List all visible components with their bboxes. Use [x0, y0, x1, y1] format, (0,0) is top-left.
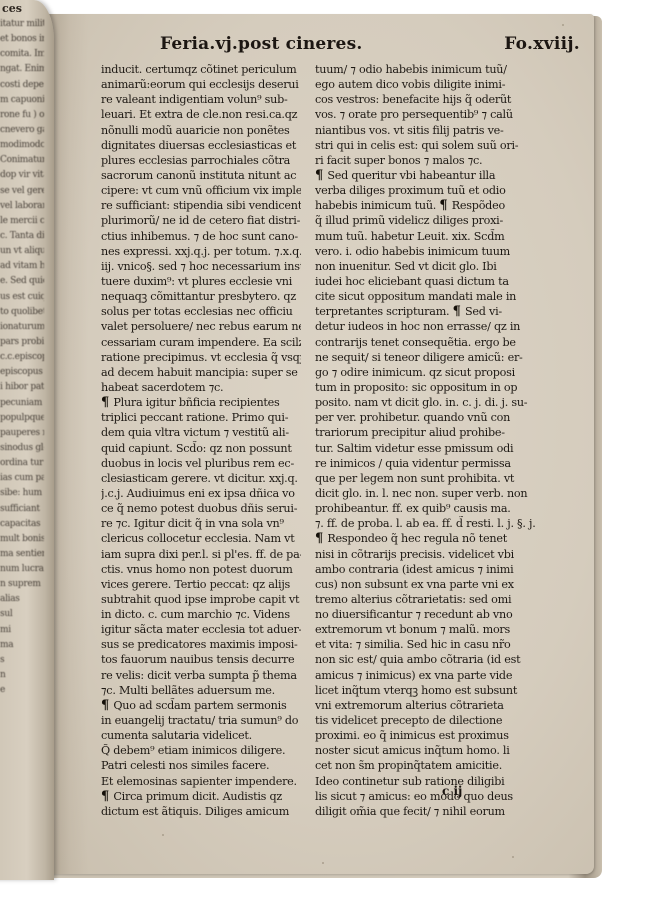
text-line: tuere duxim⁹: vt plures ecclesie vni	[101, 274, 301, 289]
text-line: vel laborando	[0, 200, 44, 215]
text-line: que per legem non sunt prohibita. vt	[315, 471, 555, 486]
folio-number: Fo.xviij.	[504, 34, 580, 54]
text-line: sus se predicatores maximis imposi-	[101, 637, 301, 652]
text-line: n	[0, 669, 44, 684]
text-line: ¶ Plura igitur bñficia recipientes	[101, 395, 301, 410]
text-line: cnevero gasseram	[0, 124, 44, 139]
paper-speck	[512, 856, 514, 858]
text-line: modimodo facere	[0, 139, 44, 154]
book-photograph: Feria.vj.post cineres. Fo.xviij. inducit…	[0, 0, 648, 900]
text-line: s	[0, 654, 44, 669]
text-line: tis videlicet precepto de dilectione	[315, 713, 555, 728]
text-line: et bonos in alienos	[0, 33, 44, 48]
text-line: ma	[0, 639, 44, 654]
text-line: ¶ Respondeo q̃ hec regula nõ tenet	[315, 531, 555, 546]
text-line: cos vestros: benefacite hijs q̃ oderũt	[315, 92, 555, 107]
text-line: plurimorũ/ ne id de cetero fiat distri-	[101, 213, 301, 228]
text-line: quid capiunt. Scd̃o: qz non possunt	[101, 441, 301, 456]
text-line: in euangelij tractatu/ tria sumun⁹ do	[101, 713, 301, 728]
text-line: vices gerere. Tertio peccat: qz alijs	[101, 577, 301, 592]
text-line: dop vir vitas liberi	[0, 169, 44, 184]
paper-speck	[162, 834, 164, 836]
text-line: nes expressi. xxj.q.j. per totum. ⁊.x.q.	[101, 244, 301, 259]
text-line: tuum/ ⁊ odio habebis inimicum tuũ/	[315, 62, 555, 77]
facing-page-text: itatur milite sibi met bonos in alienosc…	[0, 18, 44, 699]
text-line: cumenta salutaria videlicet.	[101, 728, 301, 743]
text-line: re valeant indigentiam volun⁹ sub-	[101, 92, 301, 107]
paragraph-mark-icon: ¶	[315, 168, 323, 183]
text-line: mi	[0, 624, 44, 639]
text-line: cet non s̃m propinq̃tatem amicitie.	[315, 758, 555, 773]
text-line: re velis: dicit verba sumpta p̃ thema	[101, 668, 301, 683]
text-line: pars probi	[0, 336, 44, 351]
text-line: re inimicos / quia videntur permissa	[315, 456, 555, 471]
text-line: c. Tanta di pro	[0, 230, 44, 245]
text-line: to quolibet nec	[0, 306, 44, 321]
text-line: posito. nam vt dicit glo. in. c. j. di. …	[315, 395, 555, 410]
text-line: ¶ Sed queritur vbi habeantur illa	[315, 168, 555, 183]
text-line: Ideo continetur sub ratione diligibi	[315, 774, 555, 789]
text-line: animarũ:eorum qui ecclesijs deserui	[101, 77, 301, 92]
text-line: diligit om̃ia que fecit/ ⁊ nihil eorum	[315, 804, 555, 819]
text-column-left: inducit. certumqz cõtinet periculumanima…	[101, 62, 301, 819]
text-line: et vita: ⁊ similia. Sed hic in casu nr̃o	[315, 637, 555, 652]
text-line: non sic est/ quia ambo cõtraria (id est	[315, 652, 555, 667]
text-line: sinodus glo	[0, 442, 44, 457]
text-line: le mercii commu	[0, 215, 44, 230]
running-title: Feria.vj.post cineres.	[160, 34, 362, 54]
text-line: ctis. vnus homo non potest duorum	[101, 562, 301, 577]
text-line: ¶ Quo ad scd̃am partem sermonis	[101, 698, 301, 713]
text-line: sufficiant	[0, 503, 44, 518]
text-line: Patri celesti nos similes facere.	[101, 758, 301, 773]
text-line: duobus in locis vel pluribus rem ec-	[101, 456, 301, 471]
paper-speck	[322, 862, 324, 864]
paragraph-mark-icon: ¶	[453, 304, 461, 319]
text-line: niantibus vos. vt sitis filij patris ve-	[315, 123, 555, 138]
text-line: vero. i. odio habebis inimicum tuum	[315, 244, 555, 259]
text-line: detur iudeos in hoc non errasse/ qz in	[315, 319, 555, 334]
text-line: extremorum vt bonum ⁊ malũ. mors	[315, 622, 555, 637]
text-line: re sufficiant: stipendia sibi vendicent	[101, 198, 301, 213]
text-line: iam supra dixi per.l. si pl'es. ff. de p…	[101, 547, 301, 562]
text-line: dignitates diuersas ecclesiasticas et	[101, 138, 301, 153]
text-line: ratione precipimus. vt ecclesia q̃ vsqꝫ	[101, 350, 301, 365]
text-line: contrarijs tenet consequẽtia. ergo be	[315, 335, 555, 350]
text-line: noster sicut amicus inq̃tum homo. li	[315, 743, 555, 758]
text-line: proximi. eo q̃ inimicus est proximus	[315, 728, 555, 743]
text-line: pauperes nobi	[0, 427, 44, 442]
signature-mark: c ij	[442, 784, 462, 798]
text-line: costi depeculat illi	[0, 79, 44, 94]
facing-folio-fragment: ces	[2, 2, 22, 15]
text-line: valet persoluere/ nec rebus earum ne	[101, 319, 301, 334]
text-line: ngat. Enim omnes	[0, 63, 44, 78]
text-line: ¶ Circa primum dicit. Audistis qz	[101, 789, 301, 804]
text-line: q̃ illud primũ videlicz diliges proxi-	[315, 213, 555, 228]
text-line: ego autem dico vobis diligite inimi-	[315, 77, 555, 92]
text-line: sacrorum canonũ instituta nitunt ac	[101, 168, 301, 183]
text-line: habebis inimicum tuũ. ¶ Respõdeo	[315, 198, 555, 213]
text-line: nisi in cõtrarijs precisis. videlicet vb…	[315, 547, 555, 562]
paragraph-mark-icon: ¶	[315, 531, 323, 546]
text-column-right: tuum/ ⁊ odio habebis inimicum tuũ/ego au…	[315, 62, 555, 819]
text-line: Q̃ debem⁹ etiam inimicos diligere.	[101, 743, 301, 758]
text-line: capacitas	[0, 518, 44, 533]
text-line: un vt aliqui fa	[0, 245, 44, 260]
text-line: in dicto. c. cum marchio ⁊c. Videns	[101, 607, 301, 622]
paragraph-mark-icon: ¶	[101, 789, 109, 804]
text-line: habeat sacerdotem ⁊c.	[101, 380, 301, 395]
text-line: c.c.episcopum	[0, 351, 44, 366]
text-line: plures ecclesias parrochiales cõtra	[101, 153, 301, 168]
text-line: ri facit super bonos ⁊ malos ⁊c.	[315, 153, 555, 168]
text-line: alias	[0, 593, 44, 608]
text-line: sibe: hum	[0, 487, 44, 502]
text-line: cite sicut oppositum mandati male in	[315, 289, 555, 304]
text-line: triplici peccant ratione. Primo qui-	[101, 410, 301, 425]
text-line: vos. ⁊ orate pro persequentib⁹ ⁊ calũ	[315, 107, 555, 122]
text-line: ordina tur	[0, 457, 44, 472]
text-line: inducit. certumqz cõtinet periculum	[101, 62, 301, 77]
text-line: iij. vnico§. sed ⁊ hoc necessarium insti…	[101, 259, 301, 274]
text-line: i hibor patri	[0, 381, 44, 396]
text-line: tremo alterius cõtrarietatis: sed omi	[315, 592, 555, 607]
text-line: tur. Saltim videtur esse pmissum odi	[315, 441, 555, 456]
text-line: mum tuũ. habetur Leuit. xix. Scd̃m	[315, 229, 555, 244]
text-line: per ver. prohibetur. quando vnũ con	[315, 410, 555, 425]
paragraph-mark-icon: ¶	[101, 395, 109, 410]
text-line: Conimatur resper	[0, 154, 44, 169]
text-line: ad vitam huius	[0, 260, 44, 275]
running-head: Feria.vj.post cineres. Fo.xviij.	[160, 34, 580, 60]
text-line: licet inq̃tum vterqꝫ homo est subsunt	[315, 683, 555, 698]
text-line: dictum est ãtiquis. Diliges amicum	[101, 804, 301, 819]
text-line: subtrahit quod ipse improbe capit vt	[101, 592, 301, 607]
verso-page-curled: ces itatur milite sibi met bonos in alie…	[0, 0, 54, 880]
text-line: comita. Impedire	[0, 48, 44, 63]
text-line: Et elemosinas sapienter impendere.	[101, 774, 301, 789]
text-line: m capuoni misistru	[0, 94, 44, 109]
text-line: re ⁊c. Igitur dicit q̃ in vna sola vn⁹	[101, 516, 301, 531]
text-line: vni extremorum alterius cõtrarieta	[315, 698, 555, 713]
text-line: cus) non subsunt ex vna parte vni ex	[315, 577, 555, 592]
text-line: cessariam curam impendere. Ea scilz	[101, 335, 301, 350]
text-line: solus per totas ecclesias nec officiu	[101, 304, 301, 319]
text-line: ionaturum glam	[0, 321, 44, 336]
text-line: ma sentiens	[0, 548, 44, 563]
text-line: nõnulli modũ auaricie non ponẽtes	[101, 123, 301, 138]
paragraph-mark-icon: ¶	[439, 198, 447, 213]
text-line: se vel gerendum	[0, 185, 44, 200]
text-line: stri qui in celis est: qui solem suũ ori…	[315, 138, 555, 153]
text-line: prohibeantur. ff. ex quib⁹ causis ma.	[315, 501, 555, 516]
recto-page: Feria.vj.post cineres. Fo.xviij. inducit…	[42, 14, 594, 874]
text-line: rone fu ) obsequi	[0, 109, 44, 124]
text-line: dem quia vltra victum ⁊ vestitũ ali-	[101, 425, 301, 440]
text-line: ce q̃ nemo potest duobus dñis serui-	[101, 501, 301, 516]
text-line: leuari. Et extra de cle.non resi.ca.qz	[101, 107, 301, 122]
text-line: verba diliges proximum tuũ et odio	[315, 183, 555, 198]
text-line: trariorum precipitur aliud prohibe-	[315, 425, 555, 440]
paragraph-mark-icon: ¶	[101, 698, 109, 713]
text-line: mult bonis	[0, 533, 44, 548]
text-line: ⁊. ff. de proba. l. ab ea. ff. d̃ resti.…	[315, 516, 555, 531]
text-line: igitur sãcta mater ecclesia tot aduer-	[101, 622, 301, 637]
text-line: num lucra	[0, 563, 44, 578]
text-line: sul	[0, 608, 44, 623]
text-line: ⁊c. Multi bellãtes aduersum me.	[101, 683, 301, 698]
text-line: clesiasticam gerere. vt dicitur. xxj.q.	[101, 471, 301, 486]
text-line: non inuenitur. Sed vt dicit glo. Ibi	[315, 259, 555, 274]
text-line: no diuersificantur ⁊ recedunt ab vno	[315, 607, 555, 622]
text-line: tum in proposito: sic oppositum in op	[315, 380, 555, 395]
text-line: tos fauorum nauibus tensis decurre	[101, 652, 301, 667]
text-line: ne sequit/ si teneor diligere amicũ: er-	[315, 350, 555, 365]
text-line: clericus collocetur ecclesia. Nam vt	[101, 531, 301, 546]
text-line: go ⁊ odire inimicum. qz sicut proposi	[315, 365, 555, 380]
text-line: us est cuiqua	[0, 291, 44, 306]
text-line: populpque li	[0, 412, 44, 427]
text-line: ad decem habuit mancipia: super se	[101, 365, 301, 380]
text-line: ambo contraria (idest amicus ⁊ inimi	[315, 562, 555, 577]
text-line: itatur milite sibi m	[0, 18, 44, 33]
text-line: lis sicut ⁊ amicus: eo modo quo deus	[315, 789, 555, 804]
text-line: amicus ⁊ inimicus) ex vna parte vide	[315, 668, 555, 683]
text-line: e	[0, 684, 44, 699]
text-line: ias cum pa	[0, 472, 44, 487]
text-line: ctius inhibemus. ⁊ de hoc sunt cano-	[101, 229, 301, 244]
text-line: cipere: vt cum vnũ officium vix imple	[101, 183, 301, 198]
text-line: pecuniam et	[0, 397, 44, 412]
paper-speck	[562, 24, 564, 26]
text-line: j.c.j. Audiuimus eni ex ipsa dñica vo	[101, 486, 301, 501]
text-line: n suprem	[0, 578, 44, 593]
text-line: nequaqꝫ cõmittantur presbytero. qz	[101, 289, 301, 304]
text-line: iudei hoc eliciebant quasi dictum ta	[315, 274, 555, 289]
text-line: episcopus no	[0, 366, 44, 381]
text-line: e. Sed quidem	[0, 275, 44, 290]
text-line: terpretantes scripturam. ¶ Sed vi-	[315, 304, 555, 319]
text-line: dicit glo. in. l. nec non. super verb. n…	[315, 486, 555, 501]
